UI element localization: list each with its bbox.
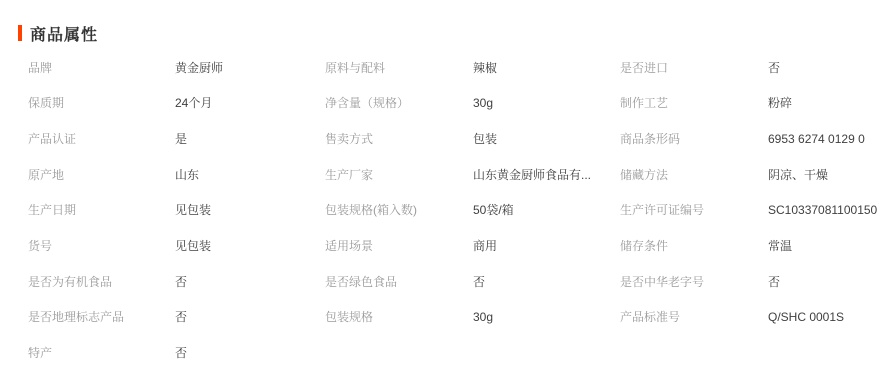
attr-value: 阴凉、干燥 (768, 168, 883, 182)
attr-label: 储存条件 (620, 239, 768, 253)
attr-label: 生产许可证编号 (620, 203, 768, 217)
section-header: 商品属性 (18, 24, 893, 42)
attr-value: 辣椒 (473, 61, 620, 75)
attr-label: 包装规格(箱入数) (325, 203, 473, 217)
attr-label: 是否中华老字号 (620, 275, 768, 289)
attr-value: SC10337081100150 (768, 203, 883, 217)
attr-value: 粉碎 (768, 96, 883, 110)
attr-label: 原产地 (28, 168, 175, 182)
attr-value: 否 (175, 310, 325, 324)
attr-value: 30g (473, 310, 620, 324)
attr-label: 产品认证 (28, 132, 175, 146)
attr-label: 是否绿色食品 (325, 275, 473, 289)
attr-value: 黄金厨师 (175, 61, 325, 75)
attr-label: 包装规格 (325, 310, 473, 324)
attr-value: 是 (175, 132, 325, 146)
attr-value: 见包装 (175, 203, 325, 217)
attr-label: 保质期 (28, 96, 175, 110)
attr-label: 是否进口 (620, 61, 768, 75)
attr-value: 否 (768, 275, 883, 289)
attr-label: 是否地理标志产品 (28, 310, 175, 324)
attr-label: 适用场景 (325, 239, 473, 253)
attr-label: 产品标准号 (620, 310, 768, 324)
attr-label: 净含量（规格） (325, 96, 473, 110)
attr-value: 常温 (768, 239, 883, 253)
attributes-table: 品牌 黄金厨师 原料与配料 辣椒 是否进口 否 保质期 24个月 净含量（规格）… (0, 50, 893, 371)
attr-value: 否 (768, 61, 883, 75)
title-accent-bar-icon (18, 25, 22, 41)
attr-label: 是否为有机食品 (28, 275, 175, 289)
attr-label: 生产厂家 (325, 168, 473, 182)
attr-label: 特产 (28, 346, 175, 360)
product-attributes-panel: 商品属性 品牌 黄金厨师 原料与配料 辣椒 是否进口 否 保质期 24个月 净含… (0, 0, 893, 378)
attr-value: 山东 (175, 168, 325, 182)
attr-value: 否 (473, 275, 620, 289)
attr-value: 6953 6274 0129 0 (768, 132, 883, 146)
attr-label: 制作工艺 (620, 96, 768, 110)
attr-value: 否 (175, 346, 325, 360)
attr-value: 30g (473, 96, 620, 110)
attr-value: 包装 (473, 132, 620, 146)
attr-value: 见包装 (175, 239, 325, 253)
attr-label: 商品条形码 (620, 132, 768, 146)
attr-value: 50袋/箱 (473, 203, 620, 217)
attr-label: 货号 (28, 239, 175, 253)
attr-value: 24个月 (175, 96, 325, 110)
attr-value: 山东黄金厨师食品有... (473, 168, 620, 182)
attr-label: 原料与配料 (325, 61, 473, 75)
attr-label: 售卖方式 (325, 132, 473, 146)
attr-label: 品牌 (28, 61, 175, 75)
attr-value: 否 (175, 275, 325, 289)
section-title: 商品属性 (30, 22, 98, 45)
attr-value: Q/SHC 0001S (768, 310, 883, 324)
attr-value: 商用 (473, 239, 620, 253)
attr-label: 储藏方法 (620, 168, 768, 182)
attr-label: 生产日期 (28, 203, 175, 217)
